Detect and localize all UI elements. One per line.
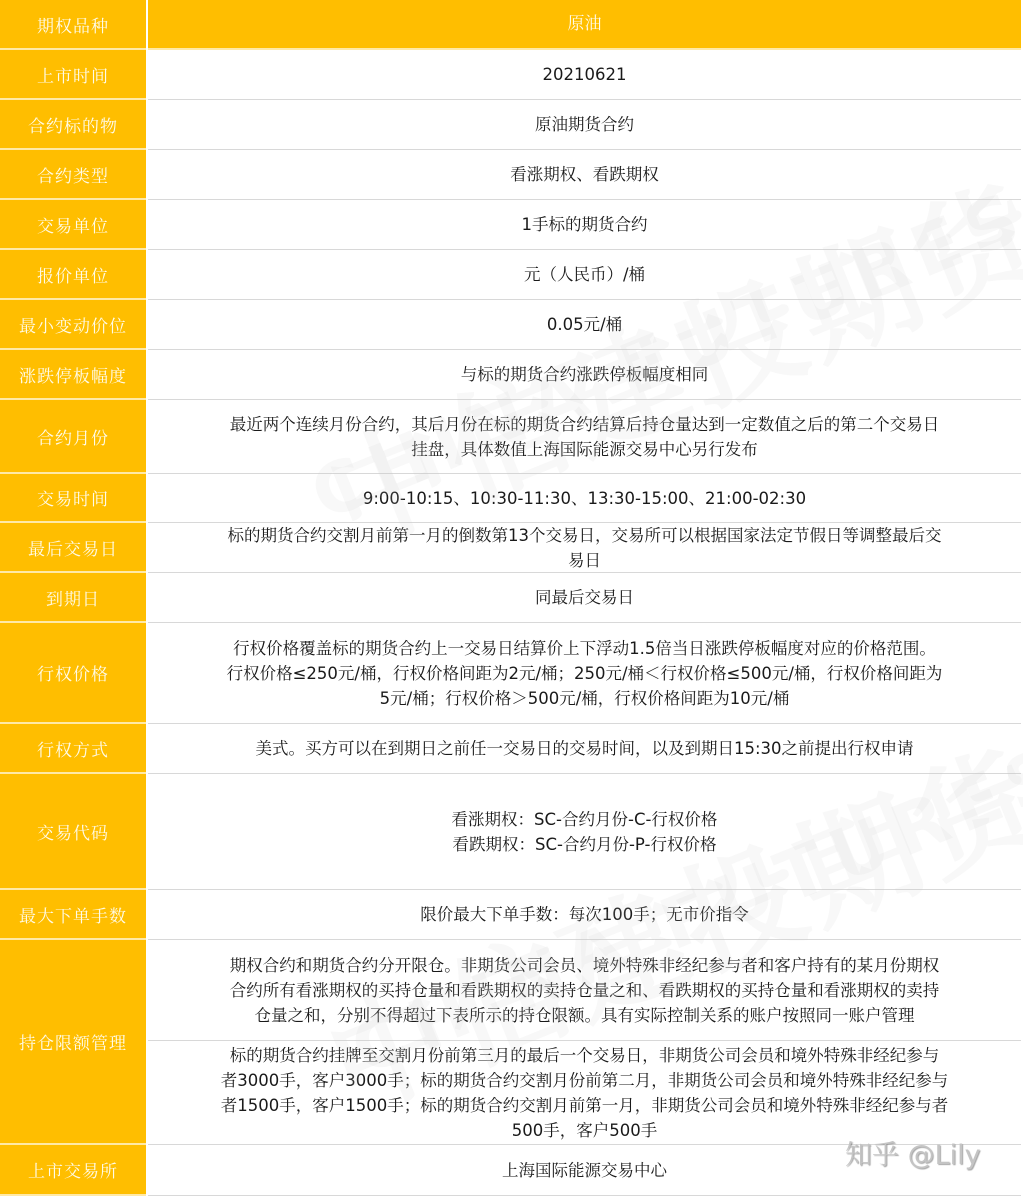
row-value: 1手标的期货合约: [148, 200, 1021, 250]
value-line: 同最后交易日: [535, 585, 634, 610]
value-line: 看涨期权：SC-合约月份-C-行权价格: [452, 807, 718, 832]
row-subvalue: 期权合约和期货合约分开限仓。非期货公司会员、境外特殊非经纪参与者和客户持有的某月…: [148, 940, 1021, 1041]
table-row: 行权价格 行权价格覆盖标的期货合约上一交易日结算价上下浮动1.5倍当日涨跌停板幅…: [0, 623, 1023, 724]
row-value: 与标的期货合约涨跌停板幅度相同: [148, 350, 1021, 400]
row-value: 美式。买方可以在到期日之前任一交易日的交易时间，以及到期日15:30之前提出行权…: [148, 724, 1021, 774]
value-line: 1手标的期货合约: [522, 212, 648, 237]
table-row: 到期日 同最后交易日: [0, 573, 1023, 623]
value-line: 标的期货合约交割月前第一月的倒数第13个交易日，交易所可以根据国家法定节假日等调…: [228, 523, 942, 548]
row-label: 最后交易日: [0, 523, 146, 573]
row-label: 持仓限额管理: [0, 940, 146, 1145]
row-label: 交易单位: [0, 200, 146, 250]
value-line: 与标的期货合约涨跌停板幅度相同: [461, 362, 709, 387]
row-value: 限价最大下单手数：每次100手；无市价指令: [148, 890, 1021, 940]
row-value: 9:00-10:15、10:30-11:30、13:30-15:00、21:00…: [148, 474, 1021, 523]
row-label: 到期日: [0, 573, 146, 623]
value-line: 上海国际能源交易中心: [502, 1158, 667, 1183]
value-line: 标的期货合约挂牌至交割月份前第三月的最后一个交易日，非期货公司会员和境外特殊非经…: [230, 1043, 940, 1068]
table-row: 最后交易日 标的期货合约交割月前第一月的倒数第13个交易日，交易所可以根据国家法…: [0, 523, 1023, 573]
row-label: 上市时间: [0, 50, 146, 100]
row-label: 交易代码: [0, 774, 146, 890]
table-row: 报价单位 元（人民币）/桶: [0, 250, 1023, 300]
row-value: 行权价格覆盖标的期货合约上一交易日结算价上下浮动1.5倍当日涨跌停板幅度对应的价…: [148, 623, 1021, 724]
value-line: 期权合约和期货合约分开限仓。非期货公司会员、境外特殊非经纪参与者和客户持有的某月…: [230, 953, 940, 978]
value-line: 9:00-10:15、10:30-11:30、13:30-15:00、21:00…: [363, 486, 806, 511]
table-row: 合约类型 看涨期权、看跌期权: [0, 150, 1023, 200]
value-line: 0.05元/桶: [547, 312, 622, 337]
table-row: 合约月份 最近两个连续月份合约，其后月份在标的期货合约结算后持仓量达到一定数值之…: [0, 400, 1023, 474]
row-value: 看涨期权：SC-合约月份-C-行权价格 看跌期权：SC-合约月份-P-行权价格: [148, 774, 1021, 890]
value-line: 5元/桶；行权价格＞500元/桶，行权价格间距为10元/桶: [380, 686, 790, 711]
row-label: 上市交易所: [0, 1145, 146, 1196]
table-row: 最小变动价位 0.05元/桶: [0, 300, 1023, 350]
table-row: 合约标的物 原油期货合约: [0, 100, 1023, 150]
value-line: 仓量之和，分别不得超过下表所示的持仓限额。具有实际控制关系的账户按照同一账户管理: [255, 1003, 915, 1028]
row-value: 20210621: [148, 50, 1021, 100]
row-value: 同最后交易日: [148, 573, 1021, 623]
zhihu-attribution: 知乎 @Lily: [845, 1133, 981, 1172]
value-line: 元（人民币）/桶: [524, 262, 645, 287]
value-line: 美式。买方可以在到期日之前任一交易日的交易时间，以及到期日15:30之前提出行权…: [255, 736, 913, 761]
table-row: 持仓限额管理 期权合约和期货合约分开限仓。非期货公司会员、境外特殊非经纪参与者和…: [0, 940, 1023, 1145]
value-line: 限价最大下单手数：每次100手；无市价指令: [420, 902, 749, 927]
row-subvalue: 标的期货合约挂牌至交割月份前第三月的最后一个交易日，非期货公司会员和境外特殊非经…: [148, 1041, 1021, 1145]
row-label: 报价单位: [0, 250, 146, 300]
header-value: 原油: [148, 0, 1021, 50]
row-label: 最大下单手数: [0, 890, 146, 940]
row-label: 行权方式: [0, 724, 146, 774]
table-row: 上市时间 20210621: [0, 50, 1023, 100]
table-row: 交易单位 1手标的期货合约: [0, 200, 1023, 250]
value-line: 原油期货合约: [535, 112, 634, 137]
value-line: 合约所有看涨期权的买持仓量和看跌期权的卖持仓量之和、看跌期权的买持仓量和看涨期权…: [230, 978, 940, 1003]
value-line: 20210621: [543, 62, 627, 87]
row-value: 原油期货合约: [148, 100, 1021, 150]
table-row: 最大下单手数 限价最大下单手数：每次100手；无市价指令: [0, 890, 1023, 940]
table-row: 涨跌停板幅度 与标的期货合约涨跌停板幅度相同: [0, 350, 1023, 400]
header-label: 期权品种: [0, 0, 146, 50]
value-line: 者3000手，客户3000手；标的期货合约交割月份前第二月，非期货公司会员和境外…: [221, 1068, 948, 1093]
row-label: 合约类型: [0, 150, 146, 200]
row-value: 看涨期权、看跌期权: [148, 150, 1021, 200]
row-label: 行权价格: [0, 623, 146, 724]
row-label: 最小变动价位: [0, 300, 146, 350]
value-line: 易日: [568, 548, 601, 573]
value-line: 行权价格≤250元/桶，行权价格间距为2元/桶；250元/桶＜行权价格≤500元…: [227, 661, 943, 686]
row-value: 0.05元/桶: [148, 300, 1021, 350]
value-line: 看涨期权、看跌期权: [510, 162, 659, 187]
table-row: 交易时间 9:00-10:15、10:30-11:30、13:30-15:00、…: [0, 474, 1023, 523]
table-row: 交易代码 看涨期权：SC-合约月份-C-行权价格 看跌期权：SC-合约月份-P-…: [0, 774, 1023, 890]
table-row: 行权方式 美式。买方可以在到期日之前任一交易日的交易时间，以及到期日15:30之…: [0, 724, 1023, 774]
row-label: 涨跌停板幅度: [0, 350, 146, 400]
value-line: 500手，客户500手: [512, 1118, 658, 1143]
table-header-row: 期权品种 原油: [0, 0, 1023, 50]
value-line: 挂盘，具体数值上海国际能源交易中心另行发布: [411, 437, 758, 462]
row-label: 合约月份: [0, 400, 146, 474]
value-line: 者1500手，客户1500手；标的期货合约交割月前第一月，非期货公司会员和境外特…: [221, 1093, 948, 1118]
value-line: 最近两个连续月份合约，其后月份在标的期货合约结算后持仓量达到一定数值之后的第二个…: [230, 412, 940, 437]
row-value: 标的期货合约交割月前第一月的倒数第13个交易日，交易所可以根据国家法定节假日等调…: [148, 523, 1021, 573]
row-label: 合约标的物: [0, 100, 146, 150]
value-line: 看跌期权：SC-合约月份-P-行权价格: [453, 832, 717, 857]
row-label: 交易时间: [0, 474, 146, 523]
value-line: 行权价格覆盖标的期货合约上一交易日结算价上下浮动1.5倍当日涨跌停板幅度对应的价…: [233, 636, 936, 661]
row-value: 元（人民币）/桶: [148, 250, 1021, 300]
row-value: 最近两个连续月份合约，其后月份在标的期货合约结算后持仓量达到一定数值之后的第二个…: [148, 400, 1021, 474]
